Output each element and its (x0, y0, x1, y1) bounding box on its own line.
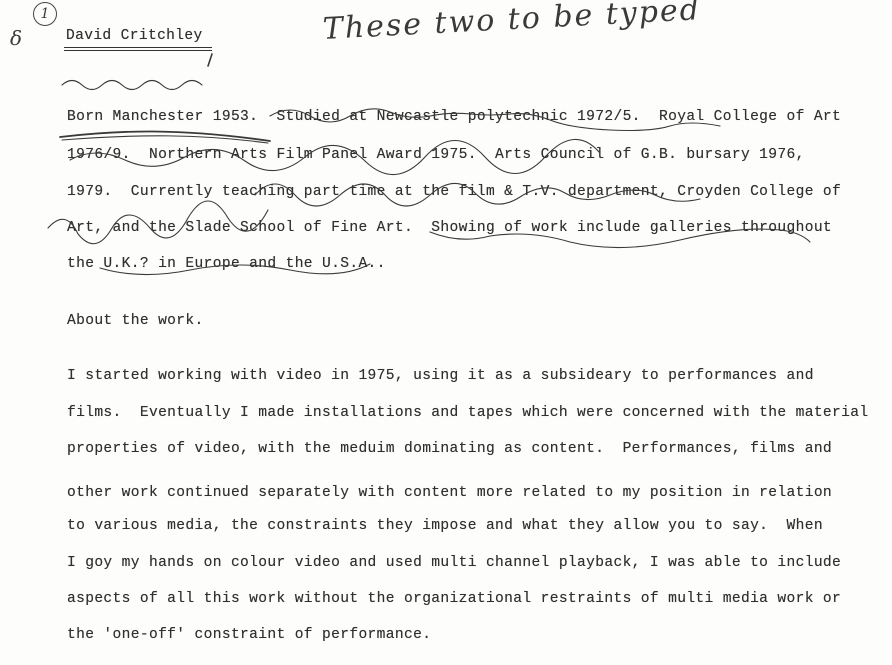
about-line: the 'one-off' constraint of performance. (67, 627, 431, 643)
biography-line: 1976/9. Northern Arts Film Panel Award 1… (67, 147, 805, 163)
about-line: I goy my hands on colour video and used … (67, 555, 841, 571)
biography-line: the U.K.? in Europe and the U.S.A.. (67, 256, 386, 272)
about-heading: About the work. (67, 313, 204, 329)
about-line: I started working with video in 1975, us… (67, 368, 814, 384)
about-line: aspects of all this work without the org… (67, 591, 841, 607)
about-line: films. Eventually I made installations a… (67, 405, 868, 421)
about-line: other work continued separately with con… (67, 485, 832, 501)
about-line: to various media, the constraints they i… (67, 518, 823, 534)
author-underline (64, 47, 212, 51)
biography-line: 1979. Currently teaching part time at th… (67, 184, 841, 200)
handwritten-note: These two to be typed (322, 0, 702, 47)
biography-line: Art, and the Slade School of Fine Art. S… (67, 220, 832, 236)
biography-line: Born Manchester 1953. Studied at Newcast… (67, 109, 841, 125)
page-number-annotation: 1 (33, 2, 57, 26)
about-line: properties of video, with the meduim dom… (67, 441, 832, 457)
document-page: 1 δ These two to be typed David Critchle… (0, 0, 892, 665)
margin-delete-mark: δ (10, 26, 22, 50)
author-name: David Critchley (66, 28, 203, 44)
